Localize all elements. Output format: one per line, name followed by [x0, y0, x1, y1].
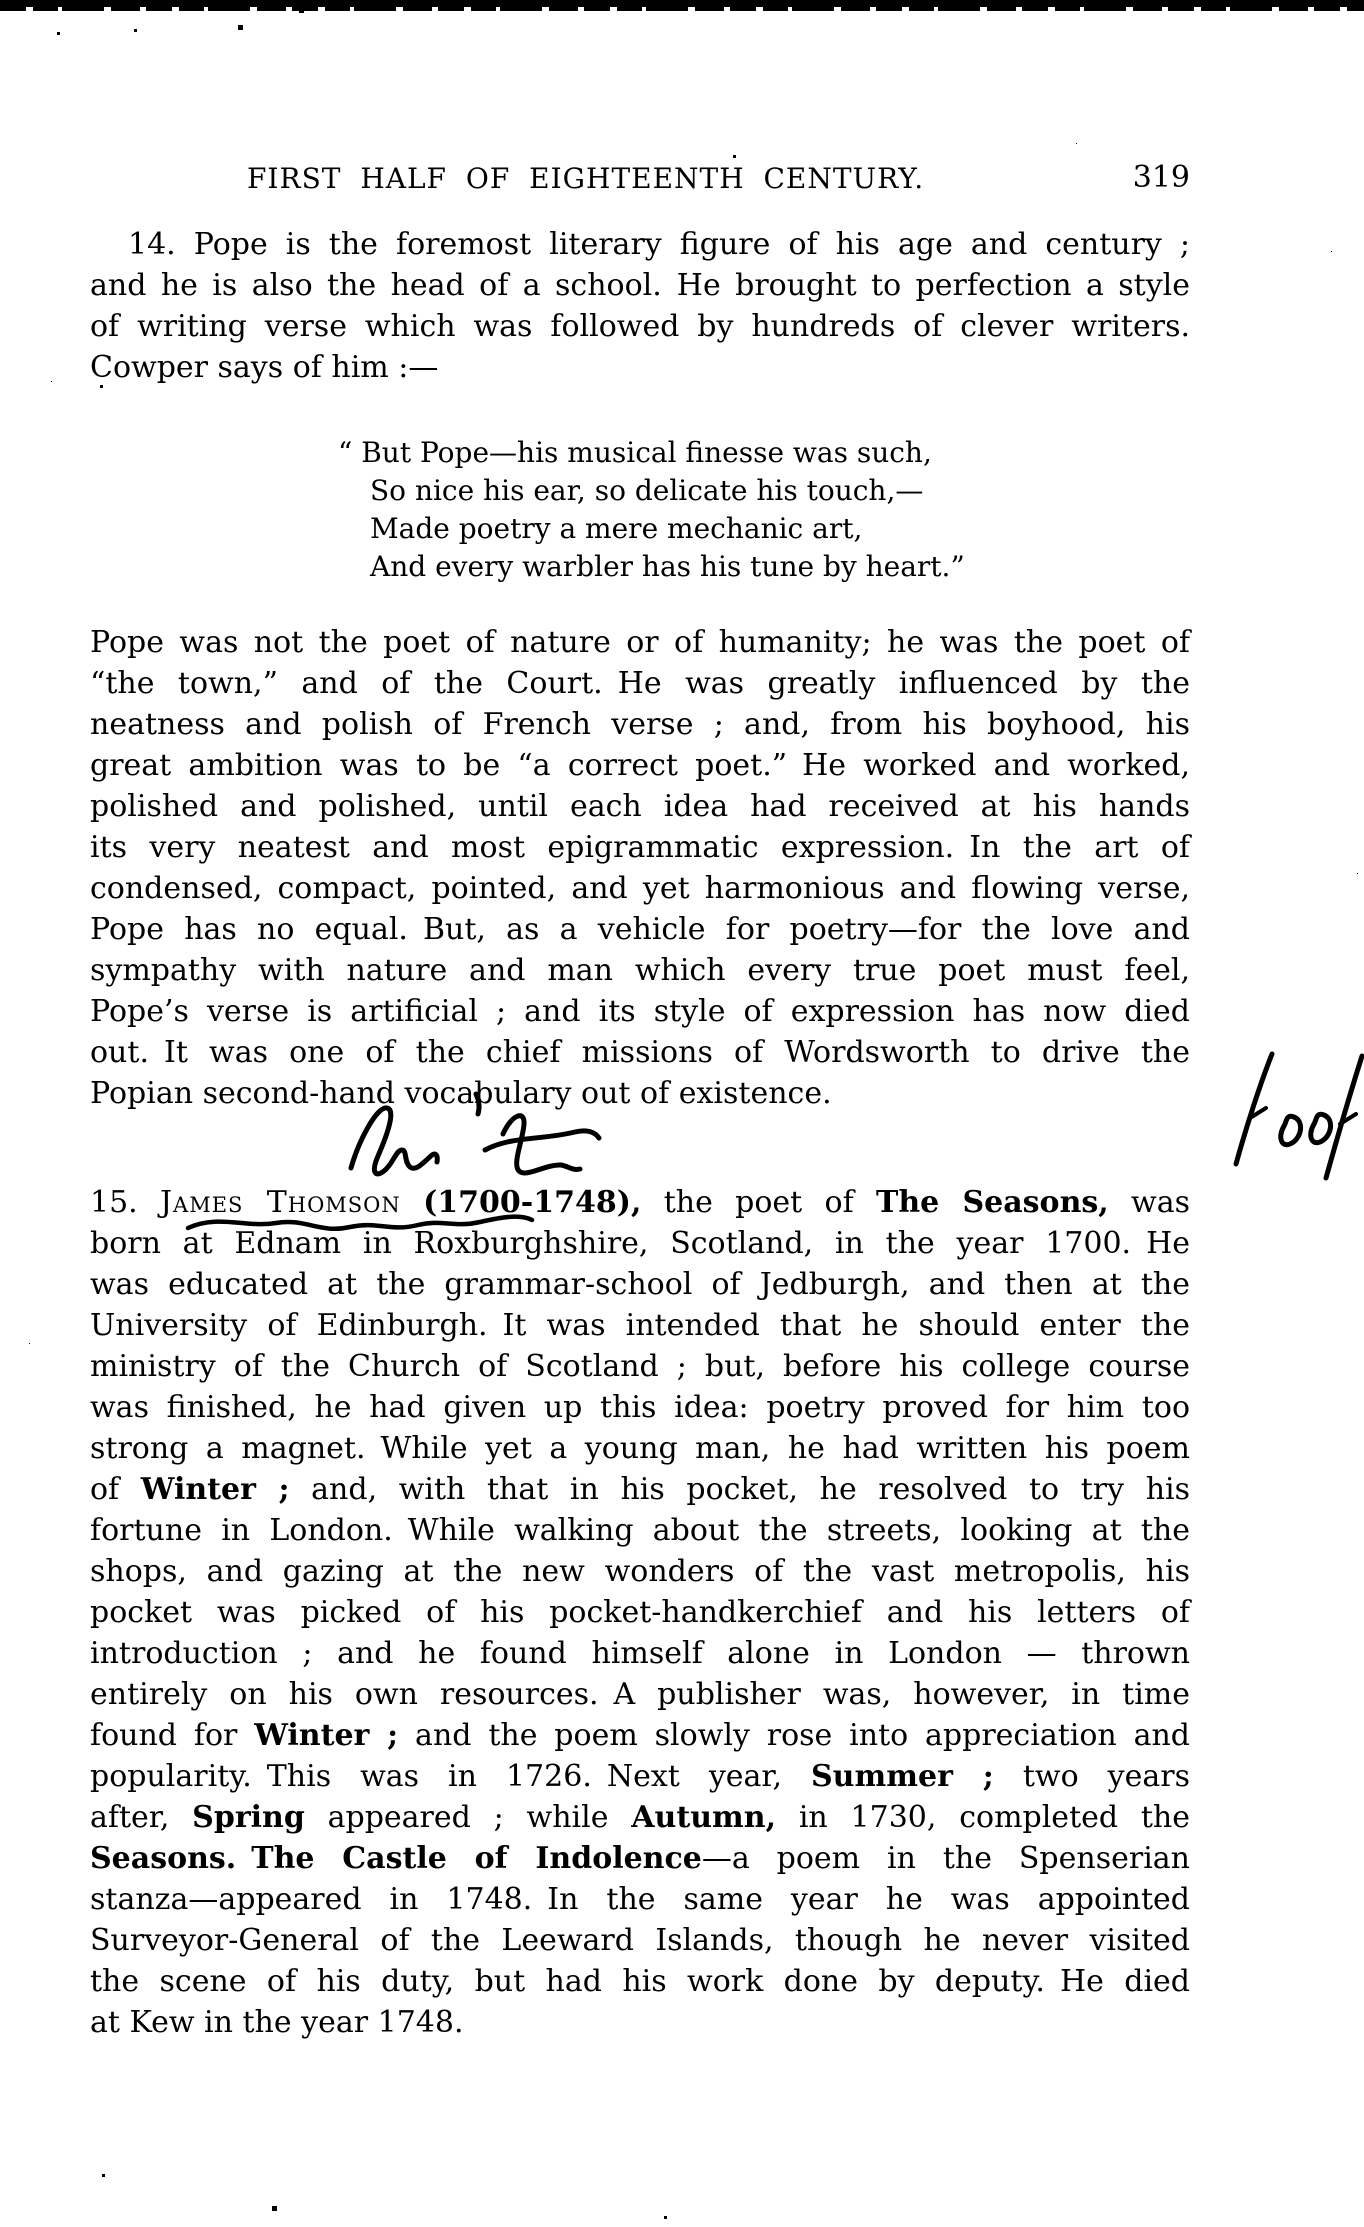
handwriting-annotation-right: [1222, 1044, 1364, 1184]
text-line: “ But Pope—his musical finesse was such,: [338, 434, 1058, 472]
handwriting-annotation-left: [335, 1088, 665, 1188]
text-line: sympathy with nature and man which every…: [90, 950, 1190, 991]
text-line: was educated at the grammar-school of Je…: [90, 1264, 1190, 1305]
page-number: 319: [1133, 160, 1190, 195]
running-title: FIRST HALF OF EIGHTEENTH CENTURY.: [247, 162, 924, 195]
paragraph-15: 15. James Thomson (1700-1748), the poet …: [90, 1182, 1190, 2043]
scan-specks: [0, 0, 3, 3]
text-line: popularity. This was in 1726. Next year,…: [90, 1756, 1190, 1797]
text-line: shops, and gazing at the new wonders of …: [90, 1551, 1190, 1592]
text-line: was finished, he had given up this idea:…: [90, 1387, 1190, 1428]
text-line: University of Edinburgh. It was intended…: [90, 1305, 1190, 1346]
text-line: its very neatest and most epigrammatic e…: [90, 827, 1190, 868]
text-line: And every warbler has his tune by heart.…: [338, 548, 1058, 586]
text-line: neatness and polish of French verse ; an…: [90, 704, 1190, 745]
paragraph-pope-continued: Pope was not the poet of nature or of hu…: [90, 622, 1190, 1114]
text-line: entirely on his own resources. A publish…: [90, 1674, 1190, 1715]
text-line: strong a magnet. While yet a young man, …: [90, 1428, 1190, 1469]
text-line: after, Spring appeared ; while Autumn, i…: [90, 1797, 1190, 1838]
text-line: great ambition was to be “a correct poet…: [90, 745, 1190, 786]
text-line: Pope’s verse is artificial ; and its sty…: [90, 991, 1190, 1032]
text-line: Pope was not the poet of nature or of hu…: [90, 622, 1190, 663]
book-page: FIRST HALF OF EIGHTEENTH CENTURY. 319 14…: [0, 0, 1364, 2227]
text-line: stanza—appeared in 1748. In the same yea…: [90, 1879, 1190, 1920]
text-line: found for Winter ; and the poem slowly r…: [90, 1715, 1190, 1756]
text-line: of Winter ; and, with that in his pocket…: [90, 1469, 1190, 1510]
text-line: Surveyor-General of the Leeward Islands,…: [90, 1920, 1190, 1961]
text-line: and he is also the head of a school. He …: [90, 265, 1190, 306]
text-line: fortune in London. While walking about t…: [90, 1510, 1190, 1551]
text-line: So nice his ear, so delicate his touch,—: [338, 472, 1058, 510]
cowper-verse-quote: “ But Pope—his musical finesse was such,…: [338, 434, 1058, 586]
text-line: Seasons. The Castle of Indolence—a poem …: [90, 1838, 1190, 1879]
text-line: condensed, compact, pointed, and yet har…: [90, 868, 1190, 909]
text-line: at Kew in the year 1748.: [90, 2002, 1190, 2043]
text-line: Cowper says of him :—: [90, 347, 1190, 388]
handwriting-underline: [184, 1208, 536, 1240]
page-header: FIRST HALF OF EIGHTEENTH CENTURY. 319: [0, 160, 1364, 200]
text-line: 14. Pope is the foremost literary figure…: [90, 224, 1190, 265]
text-line: the scene of his duty, but had his work …: [90, 1961, 1190, 2002]
text-line: out. It was one of the chief missions of…: [90, 1032, 1190, 1073]
text-line: of writing verse which was followed by h…: [90, 306, 1190, 347]
text-line: Made poetry a mere mechanic art,: [338, 510, 1058, 548]
scan-artifact-top-edge: [0, 0, 1364, 7]
text-line: pocket was picked of his pocket-handkerc…: [90, 1592, 1190, 1633]
paragraph-14: 14. Pope is the foremost literary figure…: [90, 224, 1190, 388]
text-line: “the town,” and of the Court. He was gre…: [90, 663, 1190, 704]
text-line: ministry of the Church of Scotland ; but…: [90, 1346, 1190, 1387]
text-line: Pope has no equal. But, as a vehicle for…: [90, 909, 1190, 950]
text-line: polished and polished, until each idea h…: [90, 786, 1190, 827]
text-line: introduction ; and he found himself alon…: [90, 1633, 1190, 1674]
